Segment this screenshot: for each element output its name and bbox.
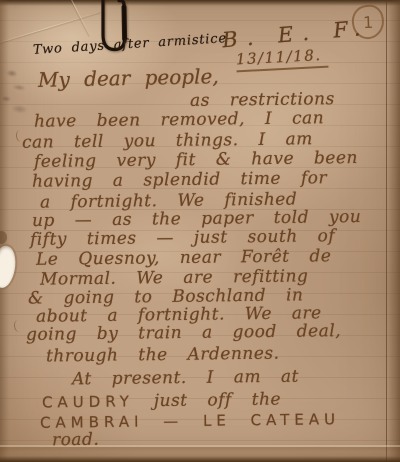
location-caps: CAUDRY: [42, 392, 134, 411]
location-line: CAUDRY just off the: [42, 390, 281, 413]
letter-line: going by train a good deal,: [26, 321, 341, 345]
location-rest: just off the: [154, 390, 281, 412]
letter-page: 1 Two days after armistice B. E. F. 13/1…: [0, 0, 400, 462]
road-caps: CAMBRAI — LE CATEAU: [40, 410, 340, 432]
torn-paper-spot: [0, 244, 18, 289]
margin-mark: [13, 319, 24, 332]
letter-line: At present. I am at: [72, 367, 299, 390]
letter-line: have been removed, I can: [34, 108, 324, 132]
road-word-line: road.: [52, 430, 100, 451]
salutation: My dear people,: [38, 64, 219, 92]
letter-line: through the Ardennes.: [46, 344, 280, 367]
paper-right-edge: [386, 0, 400, 462]
letter-line: having a splendid time for: [32, 168, 327, 192]
date-line: 13/11/18.: [235, 46, 328, 73]
paper-bottom-edge: [0, 456, 400, 462]
ink-smudge: [0, 61, 42, 118]
paper-top-edge: [0, 0, 400, 6]
